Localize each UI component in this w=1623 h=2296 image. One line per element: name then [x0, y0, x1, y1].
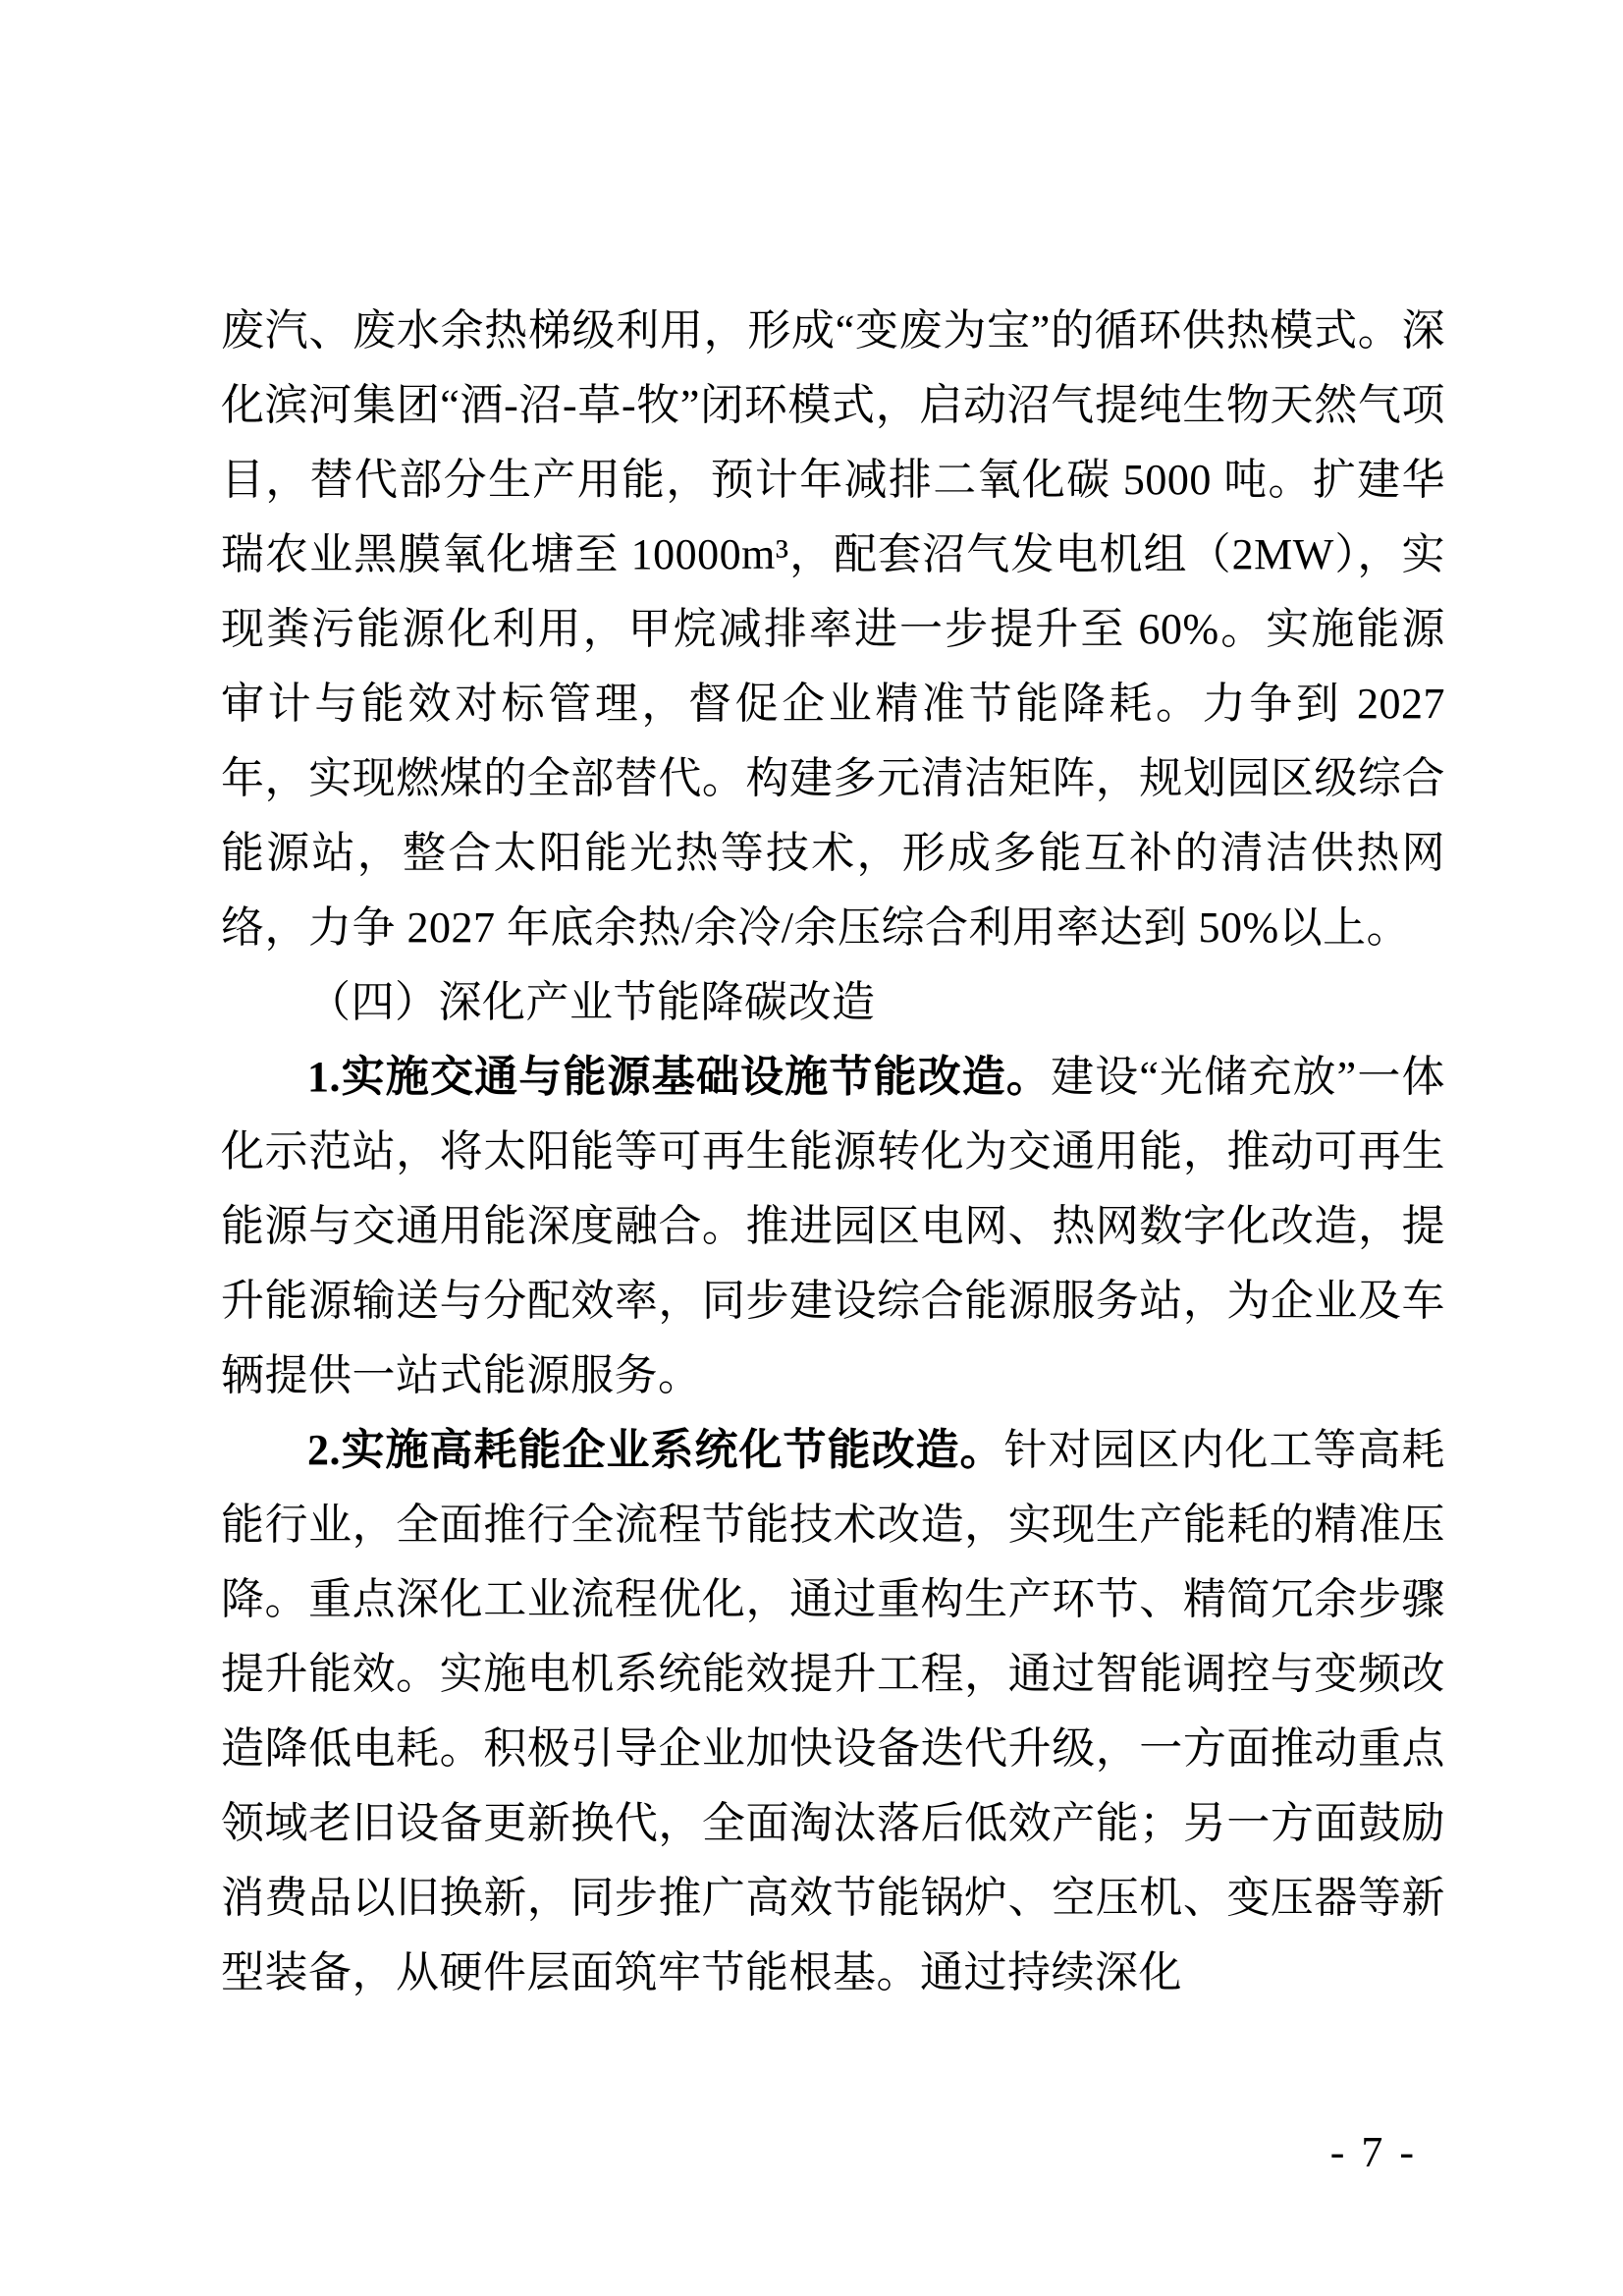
paragraph-item-2: 2.实施高耗能企业系统化节能改造。针对园区内化工等高耗能行业，全面推行全流程节能… [221, 1413, 1445, 2010]
section-heading-4: （四）深化产业节能降碳改造 [221, 965, 1445, 1040]
page-number: - 7 - [1330, 2131, 1417, 2174]
document-body: 废汽、废水余热梯级利用，形成“变废为宝”的循环供热模式。深化滨河集团“酒-沼-草… [221, 294, 1445, 2010]
item-1-lead: 1.实施交通与能源基础设施节能改造。 [307, 1053, 1051, 1101]
item-2-lead: 2.实施高耗能企业系统化节能改造。 [307, 1426, 1004, 1474]
paragraph-continued: 废汽、废水余热梯级利用，形成“变废为宝”的循环供热模式。深化滨河集团“酒-沼-草… [221, 294, 1445, 965]
item-2-body: 针对园区内化工等高耗能行业，全面推行全流程节能技术改造，实现生产能耗的精准压降。… [221, 1426, 1445, 1996]
item-1-body: 建设“光储充放”一体化示范站，将太阳能等可再生能源转化为交通用能，推动可再生能源… [221, 1053, 1445, 1399]
document-page: 废汽、废水余热梯级利用，形成“变废为宝”的循环供热模式。深化滨河集团“酒-沼-草… [0, 0, 1623, 2296]
paragraph-item-1: 1.实施交通与能源基础设施节能改造。建设“光储充放”一体化示范站，将太阳能等可再… [221, 1040, 1445, 1413]
